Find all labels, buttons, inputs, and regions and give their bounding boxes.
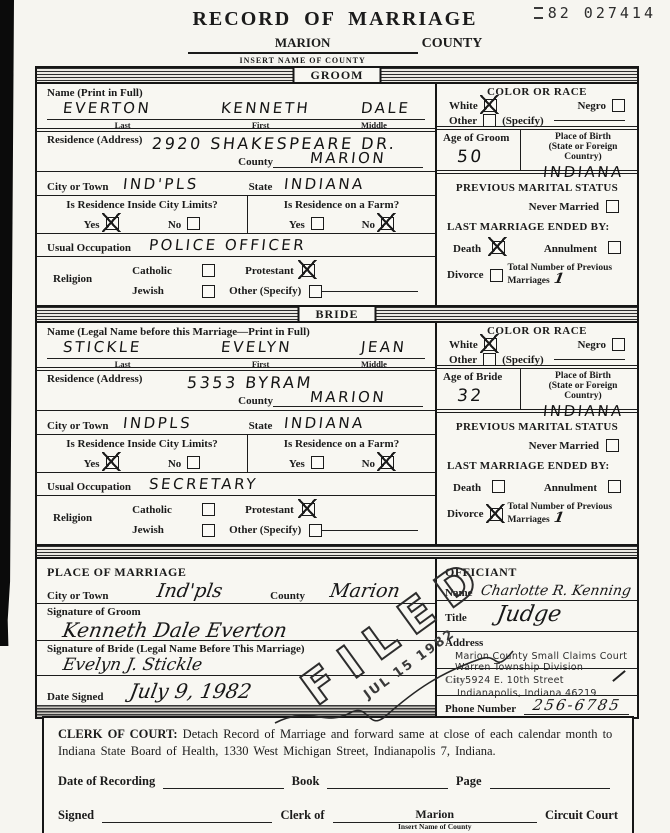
clerk-county-value: Marion	[415, 807, 454, 821]
groom-protestant-checkbox	[302, 264, 315, 277]
groom-never-married-checkbox	[606, 200, 619, 213]
place-of-marriage-cell: PLACE OF MARRIAGE City or Town Ind'pls C…	[37, 559, 437, 717]
catholic-label: Catholic	[132, 504, 194, 516]
birthplace-label-1: Place of Birth	[529, 132, 637, 142]
groom-last-name: EVERTON	[62, 99, 222, 117]
bottom-section: PLACE OF MARRIAGE City or Town Ind'pls C…	[37, 559, 637, 717]
jewish-label: Jewish	[132, 524, 194, 536]
yes-label: Yes	[84, 219, 100, 231]
groom-farm-question: Is Residence on a Farm?	[248, 199, 435, 211]
specify-label: (Specify)	[502, 354, 544, 366]
protestant-label: Protestant	[245, 504, 294, 516]
bride-section: Name (Legal Name before this Marriage—Pr…	[37, 323, 637, 544]
birthplace-label-2: (State or Foreign Country)	[529, 381, 637, 401]
race-title: COLOR OR RACE	[449, 325, 625, 337]
death-label: Death	[453, 482, 481, 494]
white-label: White	[449, 339, 478, 351]
bride-signature-label: Signature of Bride (Legal Name Before Th…	[47, 643, 435, 655]
other-label: Other	[449, 115, 477, 127]
bride-divorce-checkbox	[490, 508, 503, 521]
clerk-county-hint: Insert Name of County	[333, 822, 537, 831]
bride-name-label: Name (Legal Name before this Marriage—Pr…	[47, 326, 435, 338]
groom-county-label: County	[238, 156, 273, 168]
divorce-label: Divorce	[447, 508, 483, 520]
place-county-label: County	[270, 590, 305, 602]
bride-city-value: INDPLS	[122, 414, 250, 432]
last-marriage-title: LAST MARRIAGE ENDED BY:	[447, 221, 627, 233]
bride-annulment-checkbox	[608, 480, 621, 493]
bride-last-name: STICKLE	[62, 338, 222, 356]
marriage-record-form: GROOM Name (Print in Full) EVERTON KENNE…	[35, 66, 639, 719]
groom-religion-label: Religion	[53, 273, 92, 305]
specify-label: (Specify)	[502, 115, 544, 127]
groom-residence-row: Residence (Address) 2920 SHAKESPEARE DR.…	[37, 132, 435, 172]
bride-negro-checkbox	[612, 338, 625, 351]
record-number-stamp: 82 027414	[534, 4, 656, 22]
other-specify-label: Other (Specify)	[229, 524, 301, 536]
negro-label: Negro	[577, 339, 606, 351]
groom-divorce-checkbox	[490, 269, 503, 282]
birthplace-label-2: (State or Foreign Country)	[529, 142, 637, 162]
groom-city-value: IND'PLS	[122, 175, 250, 193]
phone-line: 256-6785	[524, 696, 629, 715]
circuit-court-label: Circuit Court	[545, 808, 618, 823]
place-city-label: City or Town	[47, 590, 109, 602]
document-header: RECORD OF MARRIAGE 82 027414 MARION INSE…	[0, 0, 670, 65]
bride-residence-label: Residence (Address)	[47, 373, 142, 385]
bride-race-specify-line	[554, 359, 625, 360]
officiant-city-label: City	[445, 674, 465, 686]
groom-white-checkbox	[484, 99, 497, 112]
bride-jewish-checkbox	[202, 524, 215, 537]
total-prev-label-2: Marriages1	[507, 513, 612, 526]
officiant-title-label: Title	[445, 612, 467, 624]
officiant-address-line3: 5924 E. 10th Street	[465, 675, 564, 686]
bride-occupation-label: Usual Occupation	[47, 481, 131, 493]
place-city-value: Ind'pls	[107, 580, 272, 602]
groom-race-block: COLOR OR RACE White Negro Other (Specify…	[437, 84, 637, 130]
groom-religion-row: Religion Catholic Protestant Jewish Othe…	[37, 257, 435, 305]
county-label: COUNTY	[422, 36, 483, 52]
groom-signature: Kenneth Dale Everton	[61, 618, 289, 642]
page-label: Page	[456, 774, 482, 789]
date-of-recording-line	[163, 788, 283, 789]
groom-section-bar: GROOM	[37, 66, 637, 84]
annulment-label: Annulment	[544, 243, 597, 255]
death-label: Death	[453, 243, 481, 255]
place-county-value: Marion	[303, 580, 427, 602]
groom-middle-name: DALE	[360, 99, 411, 117]
groom-section-title: GROOM	[293, 66, 382, 84]
jewish-label: Jewish	[132, 285, 194, 297]
bride-signature: Evelyn J. Stickle	[61, 655, 204, 675]
groom-section: Name (Print in Full) EVERTON KENNETH DAL…	[37, 84, 637, 305]
no-label: No	[168, 219, 181, 231]
groom-prev-marriages-value: 1	[553, 274, 565, 285]
groom-age-value: 50	[456, 147, 485, 167]
groom-race-specify-line	[554, 120, 625, 121]
birthplace-label-1: Place of Birth	[529, 371, 637, 381]
bride-first-name: EVELYN	[220, 338, 362, 356]
groom-other-race-checkbox	[483, 114, 496, 127]
groom-city-limits-no-checkbox	[187, 217, 200, 230]
bride-farm-no-checkbox	[381, 456, 394, 469]
groom-city-label: City or Town	[47, 181, 109, 193]
groom-negro-checkbox	[612, 99, 625, 112]
county-hint: INSERT NAME OF COUNTY	[240, 56, 366, 65]
other-label: Other	[449, 354, 477, 366]
clerk-of-label: Clerk of	[280, 808, 324, 823]
scan-artifact-strip	[0, 0, 14, 646]
clerk-county-line: Marion Insert Name of County	[333, 807, 537, 823]
bride-religion-row: Religion Catholic Protestant Jewish Othe…	[37, 496, 435, 544]
officiant-address-label: Address	[445, 637, 483, 649]
never-married-label: Never Married	[529, 201, 599, 213]
first-hint: First	[198, 359, 323, 369]
groom-first-name: KENNETH	[220, 99, 362, 117]
negro-label: Negro	[577, 100, 606, 112]
bride-city-label: City or Town	[47, 420, 109, 432]
groom-state-label: State	[249, 181, 273, 193]
no-label: No	[362, 458, 375, 470]
divider-bar	[37, 544, 637, 559]
bride-middle-name: JEAN	[360, 338, 407, 356]
stamp-mark	[534, 7, 543, 19]
yes-label: Yes	[289, 219, 305, 231]
groom-other-religion-line	[322, 291, 418, 292]
groom-death-checkbox	[492, 241, 505, 254]
signed-line: Signed Clerk of Marion Insert Name of Co…	[58, 807, 618, 823]
bride-section-bar: BRIDE	[37, 305, 637, 323]
signed-fill-line	[102, 822, 272, 823]
officiant-name-label: Name	[445, 587, 473, 599]
bride-county-value: MARION	[309, 388, 387, 406]
bride-other-religion-checkbox	[309, 524, 322, 537]
officiant-address-line1: Marion County Small Claims Court	[455, 651, 637, 662]
officiant-title-value: Judge	[495, 602, 564, 627]
bride-death-checkbox	[492, 480, 505, 493]
bride-religion-label: Religion	[53, 512, 92, 544]
county-name: MARION	[188, 35, 418, 54]
bride-city-limits-no-checkbox	[187, 456, 200, 469]
groom-name-label: Name (Print in Full)	[47, 87, 435, 99]
protestant-label: Protestant	[245, 265, 294, 277]
middle-hint: Middle	[323, 120, 425, 130]
groom-catholic-checkbox	[202, 264, 215, 277]
groom-occupation-value: POLICE OFFICER	[148, 236, 307, 254]
first-hint: First	[198, 120, 323, 130]
bride-city-limits-yes-checkbox	[106, 456, 119, 469]
clerk-instructions: CLERK OF COURT: Detach Record of Marriag…	[58, 726, 618, 760]
phone-value: 256-6785	[531, 696, 622, 714]
never-married-label: Never Married	[529, 440, 599, 452]
no-label: No	[362, 219, 375, 231]
bride-section-title: BRIDE	[297, 305, 376, 323]
date-signed-label: Date Signed	[47, 691, 104, 703]
race-title: COLOR OR RACE	[449, 86, 625, 98]
catholic-label: Catholic	[132, 265, 194, 277]
pen-mark	[612, 670, 626, 682]
groom-county-value: MARION	[309, 149, 387, 167]
last-marriage-title: LAST MARRIAGE ENDED BY:	[447, 460, 627, 472]
county-line: MARION INSERT NAME OF COUNTY COUNTY	[0, 35, 670, 65]
last-hint: Last	[47, 359, 198, 369]
bride-state-value: INDIANA	[283, 414, 424, 432]
officiant-title: OFFICIANT	[445, 565, 637, 580]
bride-questions-row: Is Residence Inside City Limits? Yes No …	[37, 435, 435, 473]
phone-label: Phone Number	[445, 703, 516, 715]
groom-city-limits-question: Is Residence Inside City Limits?	[37, 199, 247, 211]
bride-state-label: State	[249, 420, 273, 432]
bride-occupation-value: SECRETARY	[148, 475, 259, 493]
clerk-instructions-bold: CLERK OF COURT:	[58, 727, 178, 741]
bride-name-row: Name (Legal Name before this Marriage—Pr…	[37, 323, 435, 371]
groom-name-row: Name (Print in Full) EVERTON KENNETH DAL…	[37, 84, 435, 132]
bride-age-label: Age of Bride	[443, 371, 520, 383]
recording-line: Date of Recording Book Page	[58, 774, 618, 789]
divorce-label: Divorce	[447, 269, 483, 281]
bride-prev-marriages-value: 1	[553, 513, 565, 524]
bride-city-limits-question: Is Residence Inside City Limits?	[37, 438, 247, 450]
bride-occupation-row: Usual Occupation SECRETARY	[37, 473, 435, 496]
groom-city-limits-yes-checkbox	[106, 217, 119, 230]
groom-signature-label: Signature of Groom	[47, 606, 435, 618]
bride-residence-value: 5353 BYRAM	[186, 373, 314, 392]
bride-residence-row: Residence (Address) 5353 BYRAM County MA…	[37, 371, 435, 411]
bride-age-birth-row: Age of Bride 32 Place of Birth (State or…	[437, 369, 637, 413]
bride-catholic-checkbox	[202, 503, 215, 516]
groom-birthplace-value: INDIANA	[542, 163, 625, 181]
groom-jewish-checkbox	[202, 285, 215, 298]
officiant-cell: OFFICIANT Name Charlotte R. Kenning Titl…	[437, 559, 637, 717]
page-line	[490, 788, 610, 789]
other-specify-label: Other (Specify)	[229, 285, 301, 297]
groom-age-birth-row: Age of Groom 50 Place of Birth (State or…	[437, 130, 637, 174]
groom-city-row: City or Town IND'PLS State INDIANA	[37, 172, 435, 196]
bride-marital-block: PREVIOUS MARITAL STATUS Never Married LA…	[437, 413, 637, 544]
groom-residence-label: Residence (Address)	[47, 134, 142, 146]
bride-farm-question: Is Residence on a Farm?	[248, 438, 435, 450]
bride-county-label: County	[238, 395, 273, 407]
middle-hint: Middle	[323, 359, 425, 369]
groom-farm-no-checkbox	[381, 217, 394, 230]
groom-marital-block: PREVIOUS MARITAL STATUS Never Married LA…	[437, 174, 637, 305]
groom-farm-yes-checkbox	[311, 217, 324, 230]
book-line	[327, 788, 447, 789]
white-label: White	[449, 100, 478, 112]
place-of-marriage-title: PLACE OF MARRIAGE	[47, 565, 435, 580]
yes-label: Yes	[84, 458, 100, 470]
no-label: No	[168, 458, 181, 470]
groom-annulment-checkbox	[608, 241, 621, 254]
signed-label: Signed	[58, 808, 94, 823]
record-number: 82 027414	[548, 4, 656, 22]
prev-marital-title: PREVIOUS MARITAL STATUS	[447, 421, 627, 433]
total-prev-label-2: Marriages1	[507, 274, 612, 287]
date-of-recording-label: Date of Recording	[58, 774, 155, 789]
bride-protestant-checkbox	[302, 503, 315, 516]
groom-occupation-row: Usual Occupation POLICE OFFICER	[37, 234, 435, 257]
bride-city-row: City or Town INDPLS State INDIANA	[37, 411, 435, 435]
bride-other-race-checkbox	[483, 353, 496, 366]
book-label: Book	[292, 774, 320, 789]
groom-other-religion-checkbox	[309, 285, 322, 298]
bride-other-religion-line	[322, 530, 418, 531]
clerk-of-court-box: CLERK OF COURT: Detach Record of Marriag…	[42, 716, 634, 833]
annulment-label: Annulment	[544, 482, 597, 494]
bride-race-block: COLOR OR RACE White Negro Other (Specify…	[437, 323, 637, 369]
groom-occupation-label: Usual Occupation	[47, 242, 131, 254]
bride-white-checkbox	[484, 338, 497, 351]
prev-marital-title: PREVIOUS MARITAL STATUS	[447, 182, 627, 194]
bride-age-value: 32	[456, 386, 485, 406]
date-signed-value: July 9, 1982	[127, 679, 253, 703]
bride-birthplace-value: INDIANA	[542, 402, 625, 420]
groom-state-value: INDIANA	[283, 175, 424, 193]
groom-questions-row: Is Residence Inside City Limits? Yes No …	[37, 196, 435, 234]
bride-farm-yes-checkbox	[311, 456, 324, 469]
groom-age-label: Age of Groom	[443, 132, 520, 144]
officiant-name-value: Charlotte R. Kenning	[479, 583, 632, 599]
last-hint: Last	[47, 120, 198, 130]
bride-never-married-checkbox	[606, 439, 619, 452]
yes-label: Yes	[289, 458, 305, 470]
